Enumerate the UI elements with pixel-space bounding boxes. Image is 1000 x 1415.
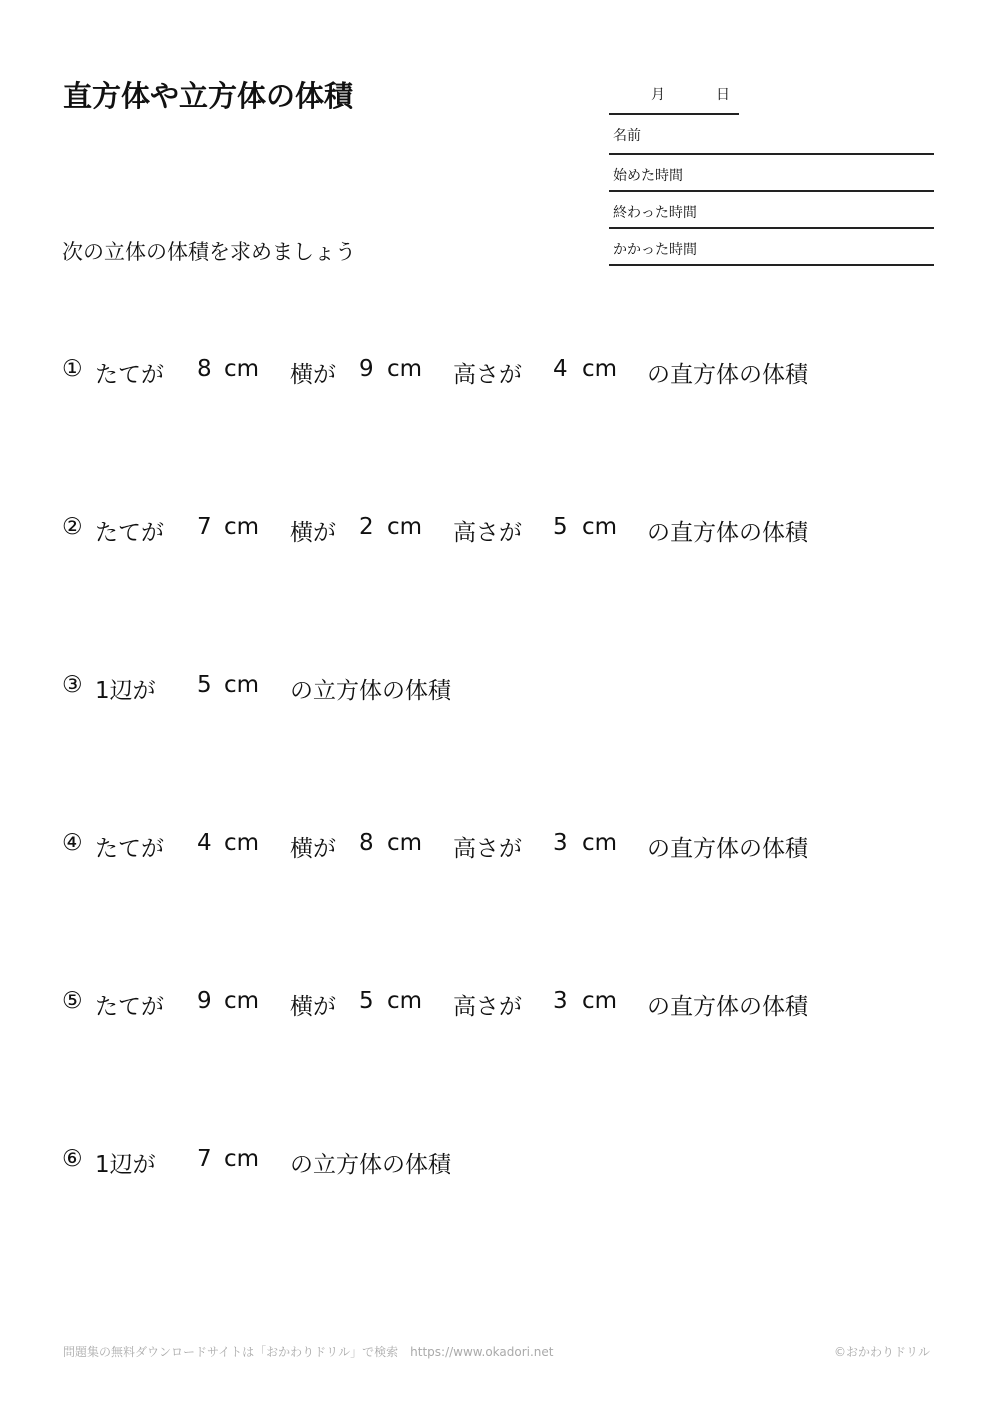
- height-label: 高さが: [453, 356, 522, 389]
- width-unit: cm: [387, 356, 422, 382]
- end-time-field[interactable]: 終わった時間: [609, 192, 934, 229]
- length-unit: cm: [224, 356, 259, 382]
- height-unit: cm: [582, 356, 617, 382]
- problem-suffix: の直方体の体積: [647, 514, 808, 547]
- worksheet-title: 直方体や立方体の体積: [63, 74, 353, 115]
- side-value: 7: [197, 1146, 212, 1172]
- problem-suffix: の直方体の体積: [647, 988, 808, 1021]
- start-time-field[interactable]: 始めた時間: [609, 155, 934, 192]
- length-unit: cm: [224, 514, 259, 540]
- problem-number: ⑥: [62, 1146, 83, 1172]
- height-value: 4: [553, 356, 568, 382]
- height-value: 3: [553, 830, 568, 856]
- length-label: たてが: [95, 356, 164, 389]
- name-field[interactable]: 名前: [609, 115, 934, 155]
- height-unit: cm: [582, 830, 617, 856]
- date-field[interactable]: 月 日: [609, 78, 739, 115]
- width-label: 横が: [290, 830, 336, 863]
- width-unit: cm: [387, 830, 422, 856]
- width-value: 5: [359, 988, 374, 1014]
- start-time-label: 始めた時間: [613, 165, 683, 185]
- length-value: 4: [197, 830, 212, 856]
- height-label: 高さが: [453, 988, 522, 1021]
- width-value: 9: [359, 356, 374, 382]
- side-unit: cm: [224, 1146, 259, 1172]
- height-value: 3: [553, 988, 568, 1014]
- height-label: 高さが: [453, 514, 522, 547]
- height-unit: cm: [582, 514, 617, 540]
- elapsed-time-label: かかった時間: [613, 239, 697, 259]
- length-label: たてが: [95, 830, 164, 863]
- problem-suffix: の直方体の体積: [647, 830, 808, 863]
- width-label: 横が: [290, 356, 336, 389]
- end-time-label: 終わった時間: [613, 202, 697, 222]
- name-label: 名前: [613, 125, 641, 145]
- side-unit: cm: [224, 672, 259, 698]
- length-unit: cm: [224, 988, 259, 1014]
- problem-number: ③: [62, 672, 83, 698]
- width-unit: cm: [387, 988, 422, 1014]
- height-label: 高さが: [453, 830, 522, 863]
- width-label: 横が: [290, 988, 336, 1021]
- side-value: 5: [197, 672, 212, 698]
- problem-number: ⑤: [62, 988, 83, 1014]
- length-label: たてが: [95, 988, 164, 1021]
- problem-number: ④: [62, 830, 83, 856]
- side-label: 1辺が: [95, 672, 156, 705]
- problem-number: ①: [62, 356, 83, 382]
- problem-suffix: の直方体の体積: [647, 356, 808, 389]
- length-value: 9: [197, 988, 212, 1014]
- elapsed-time-field[interactable]: かかった時間: [609, 229, 934, 266]
- problem-suffix: の立方体の体積: [290, 1146, 451, 1179]
- length-unit: cm: [224, 830, 259, 856]
- height-unit: cm: [582, 988, 617, 1014]
- length-label: たてが: [95, 514, 164, 547]
- width-value: 8: [359, 830, 374, 856]
- footer-copyright: ©おかわりドリル: [834, 1343, 930, 1360]
- problem-number: ②: [62, 514, 83, 540]
- day-label: 日: [716, 84, 730, 104]
- instruction-text: 次の立体の体積を求めましょう: [62, 236, 356, 266]
- length-value: 7: [197, 514, 212, 540]
- length-value: 8: [197, 356, 212, 382]
- problem-suffix: の立方体の体積: [290, 672, 451, 705]
- width-label: 横が: [290, 514, 336, 547]
- month-label: 月: [651, 84, 665, 104]
- footer-site-info: 問題集の無料ダウンロードサイトは「おかわりドリル」で検索 https://www…: [63, 1343, 554, 1360]
- student-info-panel: 月 日 名前 始めた時間 終わった時間 かかった時間: [609, 78, 934, 266]
- side-label: 1辺が: [95, 1146, 156, 1179]
- width-unit: cm: [387, 514, 422, 540]
- height-value: 5: [553, 514, 568, 540]
- width-value: 2: [359, 514, 374, 540]
